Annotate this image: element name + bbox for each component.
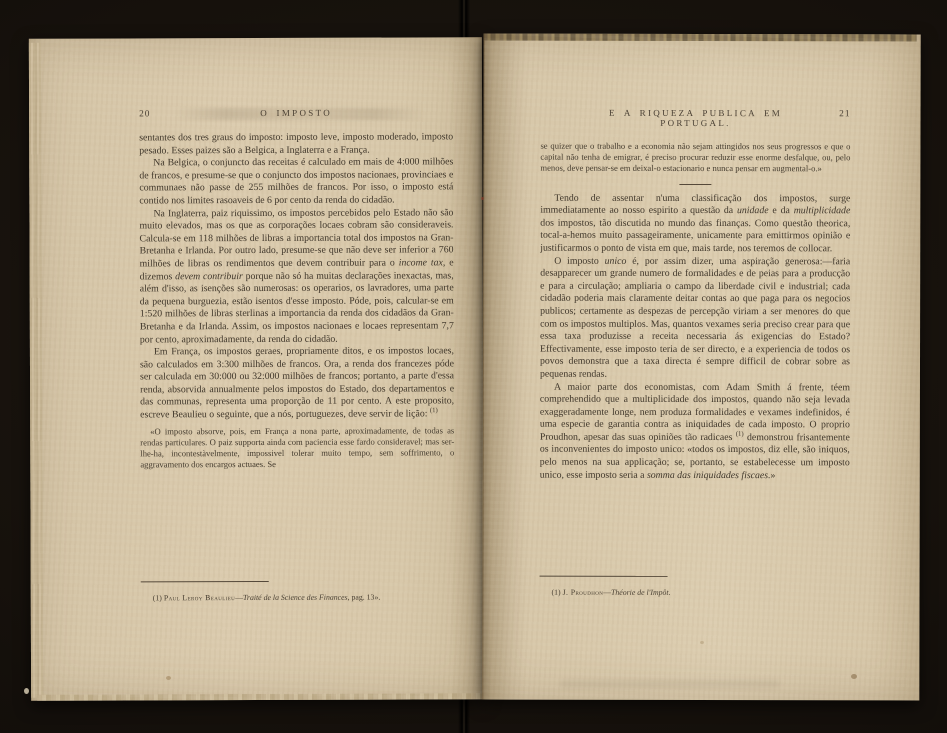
section-divider: [679, 184, 711, 185]
footnote: (1) Paul Leroy Beaulieu—Traité de la Sci…: [141, 592, 455, 602]
paragraph: Na Inglaterra, paiz riquissimo, os impos…: [139, 207, 453, 347]
small-print-quote: «O imposto absorve, pois, em França a no…: [140, 425, 454, 471]
paragraph: sentantes dos tres graus do imposto: imp…: [139, 131, 453, 157]
paragraph: Tendo de assentar n'uma classificação do…: [540, 192, 850, 256]
footnote-title: Traité de la Science des Finances: [243, 593, 348, 602]
footnote-rest: , pag. 13».: [348, 593, 381, 602]
footnote: (1) J. Proudhon—Théorie de l'Impôt.: [540, 588, 850, 598]
book-spine-bottom: [458, 698, 470, 733]
book-spine-top: [458, 0, 470, 40]
paragraph: Em França, os impostos geraes, propriame…: [140, 345, 454, 422]
footnote-marker: (1): [153, 593, 164, 602]
footnote-marker: (1): [552, 588, 563, 597]
footnote-author: Paul Leroy Beaulieu: [164, 593, 235, 602]
footnote-block-left: (1) Paul Leroy Beaulieu—Traité de la Sci…: [141, 580, 455, 602]
footnote-author: J. Proudhon: [563, 588, 604, 597]
body-text-right: se quizer que o trabalho e a economia nã…: [540, 141, 851, 483]
paragraph: O imposto unico é, por assim dizer, uma …: [540, 255, 850, 382]
foxing-spot: [481, 197, 484, 200]
page-number: 20: [139, 109, 173, 119]
foxing-spot: [700, 641, 704, 644]
running-head-right: E A RIQUEZA PUBLICA EM PORTUGAL. 21: [541, 108, 851, 129]
right-page: E A RIQUEZA PUBLICA EM PORTUGAL. 21 se q…: [482, 34, 920, 701]
footnote-block-right: (1) J. Proudhon—Théorie de l'Impôt.: [540, 576, 850, 598]
foxing-spot: [851, 674, 857, 679]
footnote-title: Théorie de l'Impôt.: [611, 588, 671, 597]
footnote-dash: —: [603, 588, 611, 597]
running-header-title: E A RIQUEZA PUBLICA EM PORTUGAL.: [575, 108, 817, 129]
footnote-separator: [540, 576, 668, 577]
body-text-left: sentantes dos tres graus do imposto: imp…: [139, 131, 454, 471]
ink-bleed-through: [175, 108, 425, 120]
photo-background: 20 O IMPOSTO sentantes dos tres graus do…: [0, 0, 947, 733]
small-print-quote: se quizer que o trabalho e a economia nã…: [540, 141, 850, 175]
paragraph: A maior parte dos economistas, com Adam …: [540, 381, 850, 482]
footnote-separator: [141, 581, 269, 582]
page-number: 21: [817, 109, 851, 119]
paper-speck: [24, 688, 29, 694]
foxing-spot: [166, 676, 171, 680]
ink-bleed-through: [560, 680, 780, 688]
paragraph: Na Belgica, o conjuncto das receitas é c…: [139, 156, 453, 207]
left-page: 20 O IMPOSTO sentantes dos tres graus do…: [29, 37, 484, 701]
